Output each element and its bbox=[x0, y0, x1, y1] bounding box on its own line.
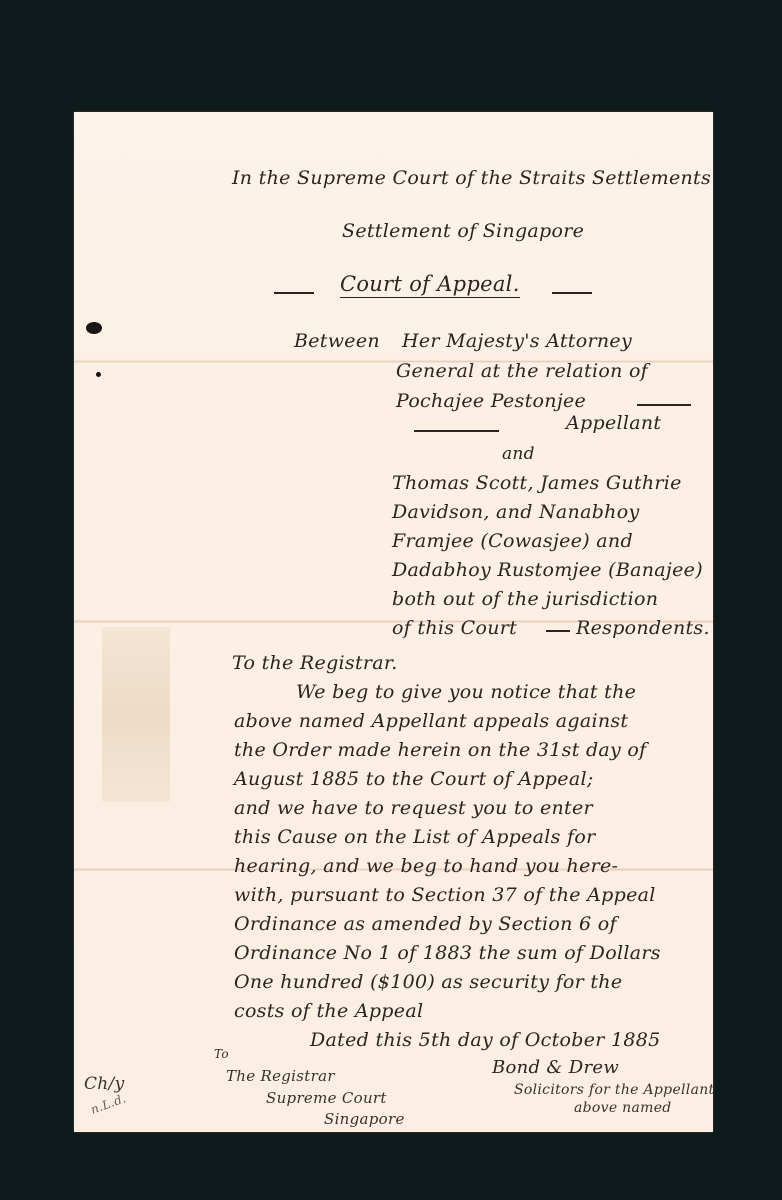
and-label: and bbox=[502, 444, 535, 464]
appellant-line: Her Majesty's Attorney bbox=[402, 330, 632, 352]
respondent-line: Dadabhoy Rustomjee (Banajee) bbox=[392, 559, 703, 581]
revenue-stamp-impression bbox=[102, 627, 170, 802]
addressee-line: The Registrar bbox=[226, 1067, 335, 1085]
divider bbox=[552, 292, 592, 294]
body-line: August 1885 to the Court of Appeal; bbox=[234, 768, 594, 790]
respondent-line: Framjee (Cowasjee) and bbox=[392, 530, 633, 552]
body-line: above named Appellant appeals against bbox=[234, 710, 628, 732]
firm-signature: Bond & Drew bbox=[492, 1057, 619, 1078]
salutation: To the Registrar. bbox=[232, 652, 398, 674]
between-label: Between bbox=[294, 330, 380, 352]
court-heading: In the Supreme Court of the Straits Sett… bbox=[232, 167, 711, 189]
appellant-line: Pochajee Pestonjee bbox=[396, 390, 586, 412]
margin-note: n.L.d. bbox=[89, 1091, 128, 1117]
body-line: hearing, and we beg to hand you here- bbox=[234, 855, 618, 877]
division-heading: Court of Appeal. bbox=[340, 272, 520, 298]
body-line: One hundred ($100) as security for the bbox=[234, 971, 622, 993]
body-line: We beg to give you notice that the bbox=[296, 681, 636, 703]
addressee-line: Singapore bbox=[324, 1110, 405, 1128]
to-label: To bbox=[214, 1047, 229, 1061]
body-line: and we have to request you to enter bbox=[234, 797, 593, 819]
margin-note: Ch/y bbox=[84, 1074, 125, 1094]
divider bbox=[637, 404, 691, 406]
respondent-line: of this Court bbox=[392, 617, 517, 639]
divider bbox=[274, 292, 314, 294]
body-line: the Order made herein on the 31st day of bbox=[234, 739, 647, 761]
appellant-line: General at the relation of bbox=[396, 360, 648, 382]
ink-blot bbox=[96, 372, 101, 377]
dated-line: Dated this 5th day of October 1885 bbox=[310, 1029, 661, 1051]
body-line: Ordinance No 1 of 1883 the sum of Dollar… bbox=[234, 942, 661, 964]
document-page: In the Supreme Court of the Straits Sett… bbox=[74, 112, 713, 1132]
body-line: with, pursuant to Section 37 of the Appe… bbox=[234, 884, 656, 906]
divider bbox=[546, 630, 570, 632]
signature-role: above named bbox=[574, 1100, 672, 1116]
ink-blot bbox=[86, 322, 102, 334]
addressee-line: Supreme Court bbox=[266, 1089, 387, 1107]
body-line: costs of the Appeal bbox=[234, 1000, 423, 1022]
body-line: this Cause on the List of Appeals for bbox=[234, 826, 596, 848]
settlement-heading: Settlement of Singapore bbox=[342, 220, 584, 242]
body-line: Ordinance as amended by Section 6 of bbox=[234, 913, 617, 935]
respondent-line: both out of the jurisdiction bbox=[392, 588, 658, 610]
appellant-role: Appellant bbox=[566, 412, 661, 434]
respondent-role: Respondents. bbox=[576, 617, 710, 639]
signature-role: Solicitors for the Appellant bbox=[514, 1082, 714, 1098]
divider bbox=[414, 430, 499, 432]
respondent-line: Thomas Scott, James Guthrie bbox=[392, 472, 682, 494]
respondent-line: Davidson, and Nanabhoy bbox=[392, 501, 640, 523]
